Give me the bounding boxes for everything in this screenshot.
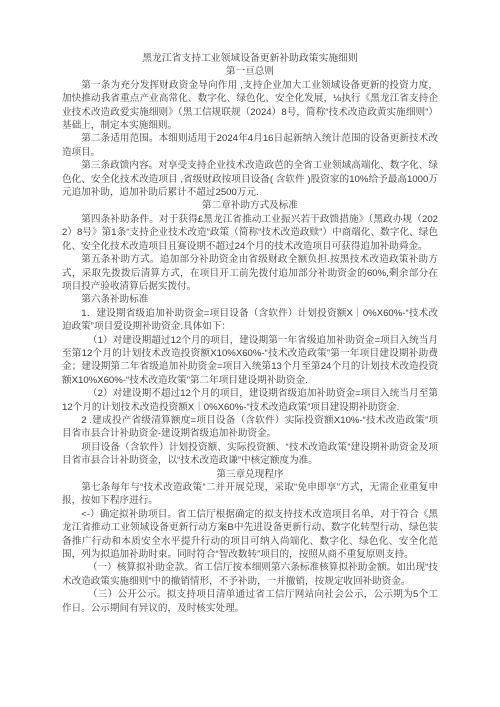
paragraph-formula-1-2: （2）对建设期不超过12个月的项目，建设期省级追加补助资金=项目入统当月至第12…: [62, 387, 438, 414]
paragraph-quota-note: 项目设备（含软件）计划投资额、实际投资额、“技术改造政策”建设期补助资金及项目省…: [62, 441, 438, 468]
paragraph-article-3: 第三条政馈内容。对享受支持企业技术改造政芭的全省工业领域高端化、数字化、绿色化、…: [62, 159, 438, 199]
paragraph-step-2: （一）核算拟补助金款。省工信厅按本细则第六条标准核算拟补助金额。如出现“技术改造…: [62, 561, 438, 588]
paragraph-formula-2: 2 .建成投产省级清算额度=项目设备（含软件）实际投资额X10%-“技术改造政策…: [62, 414, 438, 441]
paragraph-step-1: <-）确定拟补助项目。省工信厅根据确定的拟支持技术改造项目名单，对于符合《黑龙江…: [62, 508, 438, 562]
document-page: 黑龙江省支持工业领域设备更新补助政策实施细则 第一亘总则 第一条为充分发挥财政资…: [0, 0, 500, 707]
chapter-1-heading: 第一亘总则: [62, 65, 438, 78]
chapter-3-heading: 第三章兑现程序: [62, 468, 438, 481]
paragraph-step-3: （三）公开公示。拟支持项目清单通过省工信厅网站向社会公示，公示期为5个工作日。公…: [62, 588, 438, 615]
paragraph-article-4: 第四条补助条件。对于获得£黑龙江省推动工业振兴若干政馈措施》（黑政办规（2022…: [62, 213, 438, 253]
paragraph-article-6: 第六条补助标准: [62, 293, 438, 306]
document-title: 黑龙江省支持工业领域设备更新补助政策实施细则: [62, 52, 438, 65]
paragraph-formula-1: 1．建设期省级追加补助资金=项目设备（含软件）计划投资额X｜0%X60%-“技术…: [62, 307, 438, 334]
chapter-2-heading: 第二章补助方式及标准: [62, 199, 438, 212]
paragraph-formula-1-1: （1）对建设期超过12个月的项目，建设期第一年省级追加补助资金=项目入统当月至第…: [62, 334, 438, 388]
paragraph-article-2: 第二条适用范围。本细则适用于2024年4月16日起新纳入统计范围的设备更新技术改…: [62, 132, 438, 159]
paragraph-article-5: 第五条补助方式。追加部分补助资金由省级财政全额负担.按黑技术改造政策补助方式，采…: [62, 253, 438, 293]
paragraph-article-1: 第一条为充分发挥财政资金导向作用 ,支持企业加大工业领域设备更新的投资力度，加快…: [62, 79, 438, 133]
paragraph-article-7: 第七条每年与“技术改造政策”二并开展兑现，采取“免申即享”方式，无需企业重复申报…: [62, 481, 438, 508]
